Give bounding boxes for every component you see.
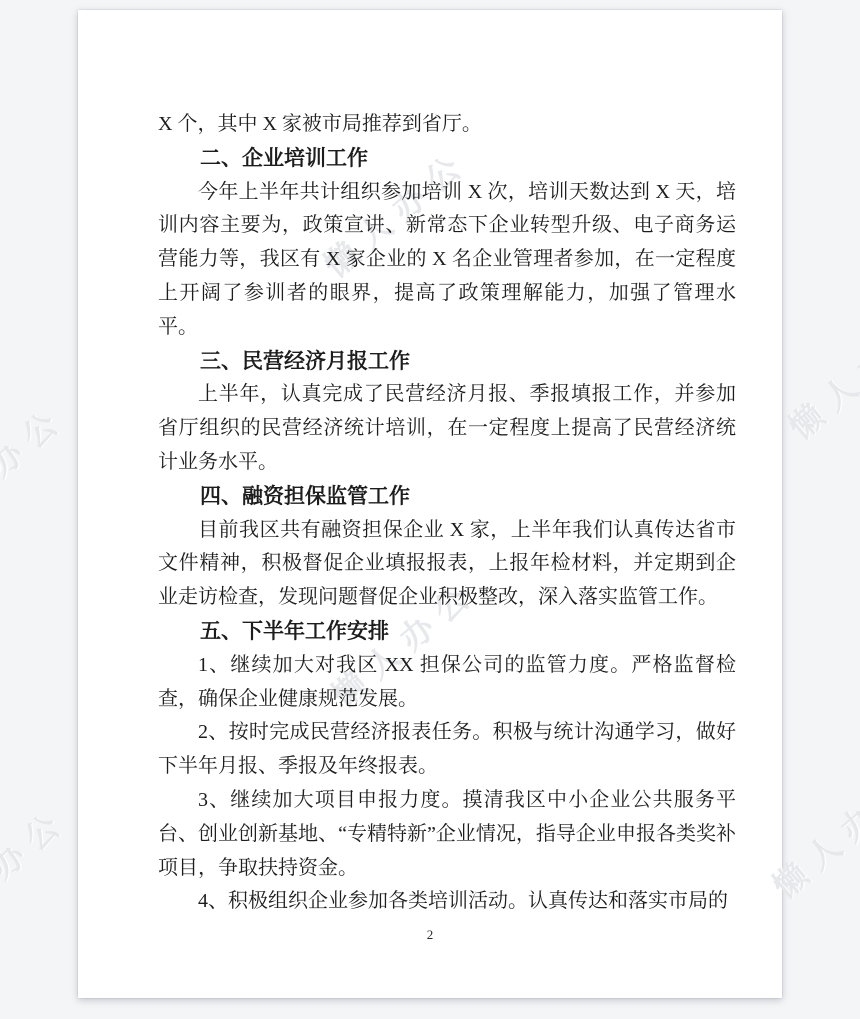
paragraph: 上半年，认真完成了民营经济月报、季报填报工作，并参加省厅组织的民营经济统计培训，… (158, 378, 736, 479)
paragraph: 2、按时完成民营经济报表任务。积极与统计沟通学习，做好下半年月报、季报及年终报表… (158, 716, 736, 784)
watermark-text: 懒人办公 (0, 795, 77, 944)
watermark-text: 懒人办公 (0, 393, 75, 542)
document-body: X 个，其中 X 家被市局推荐到省厅。二、企业培训工作今年上半年共计组织参加培训… (158, 108, 736, 919)
paragraph: X 个，其中 X 家被市局推荐到省厅。 (158, 108, 736, 142)
watermark-text: 懒人办公 (777, 299, 860, 448)
paragraph: 3、继续加大项目申报力度。摸清我区中小企业公共服务平台、创业创新基地、“专精特新… (158, 784, 736, 885)
section-heading: 四、融资担保监管工作 (158, 480, 736, 514)
section-heading: 二、企业培训工作 (158, 142, 736, 176)
paragraph: 目前我区共有融资担保企业 X 家，上半年我们认真传达省市文件精神，积极督促企业填… (158, 514, 736, 615)
paragraph: 1、继续加大对我区 XX 担保公司的监管力度。严格监督检查，确保企业健康规范发展… (158, 649, 736, 717)
page-number: 2 (78, 927, 782, 943)
paragraph: 4、积极组织企业参加各类培训活动。认真传达和落实市局的 (158, 885, 736, 919)
document-viewer: 懒人办公懒人办公懒人办公懒人办公懒人办公懒人办公 X 个，其中 X 家被市局推荐… (0, 0, 860, 1019)
paragraph: 今年上半年共计组织参加培训 X 次，培训天数达到 X 天，培训内容主要为，政策宣… (158, 176, 736, 345)
section-heading: 五、下半年工作安排 (158, 615, 736, 649)
document-page: X 个，其中 X 家被市局推荐到省厅。二、企业培训工作今年上半年共计组织参加培训… (78, 10, 782, 998)
section-heading: 三、民营经济月报工作 (158, 345, 736, 379)
